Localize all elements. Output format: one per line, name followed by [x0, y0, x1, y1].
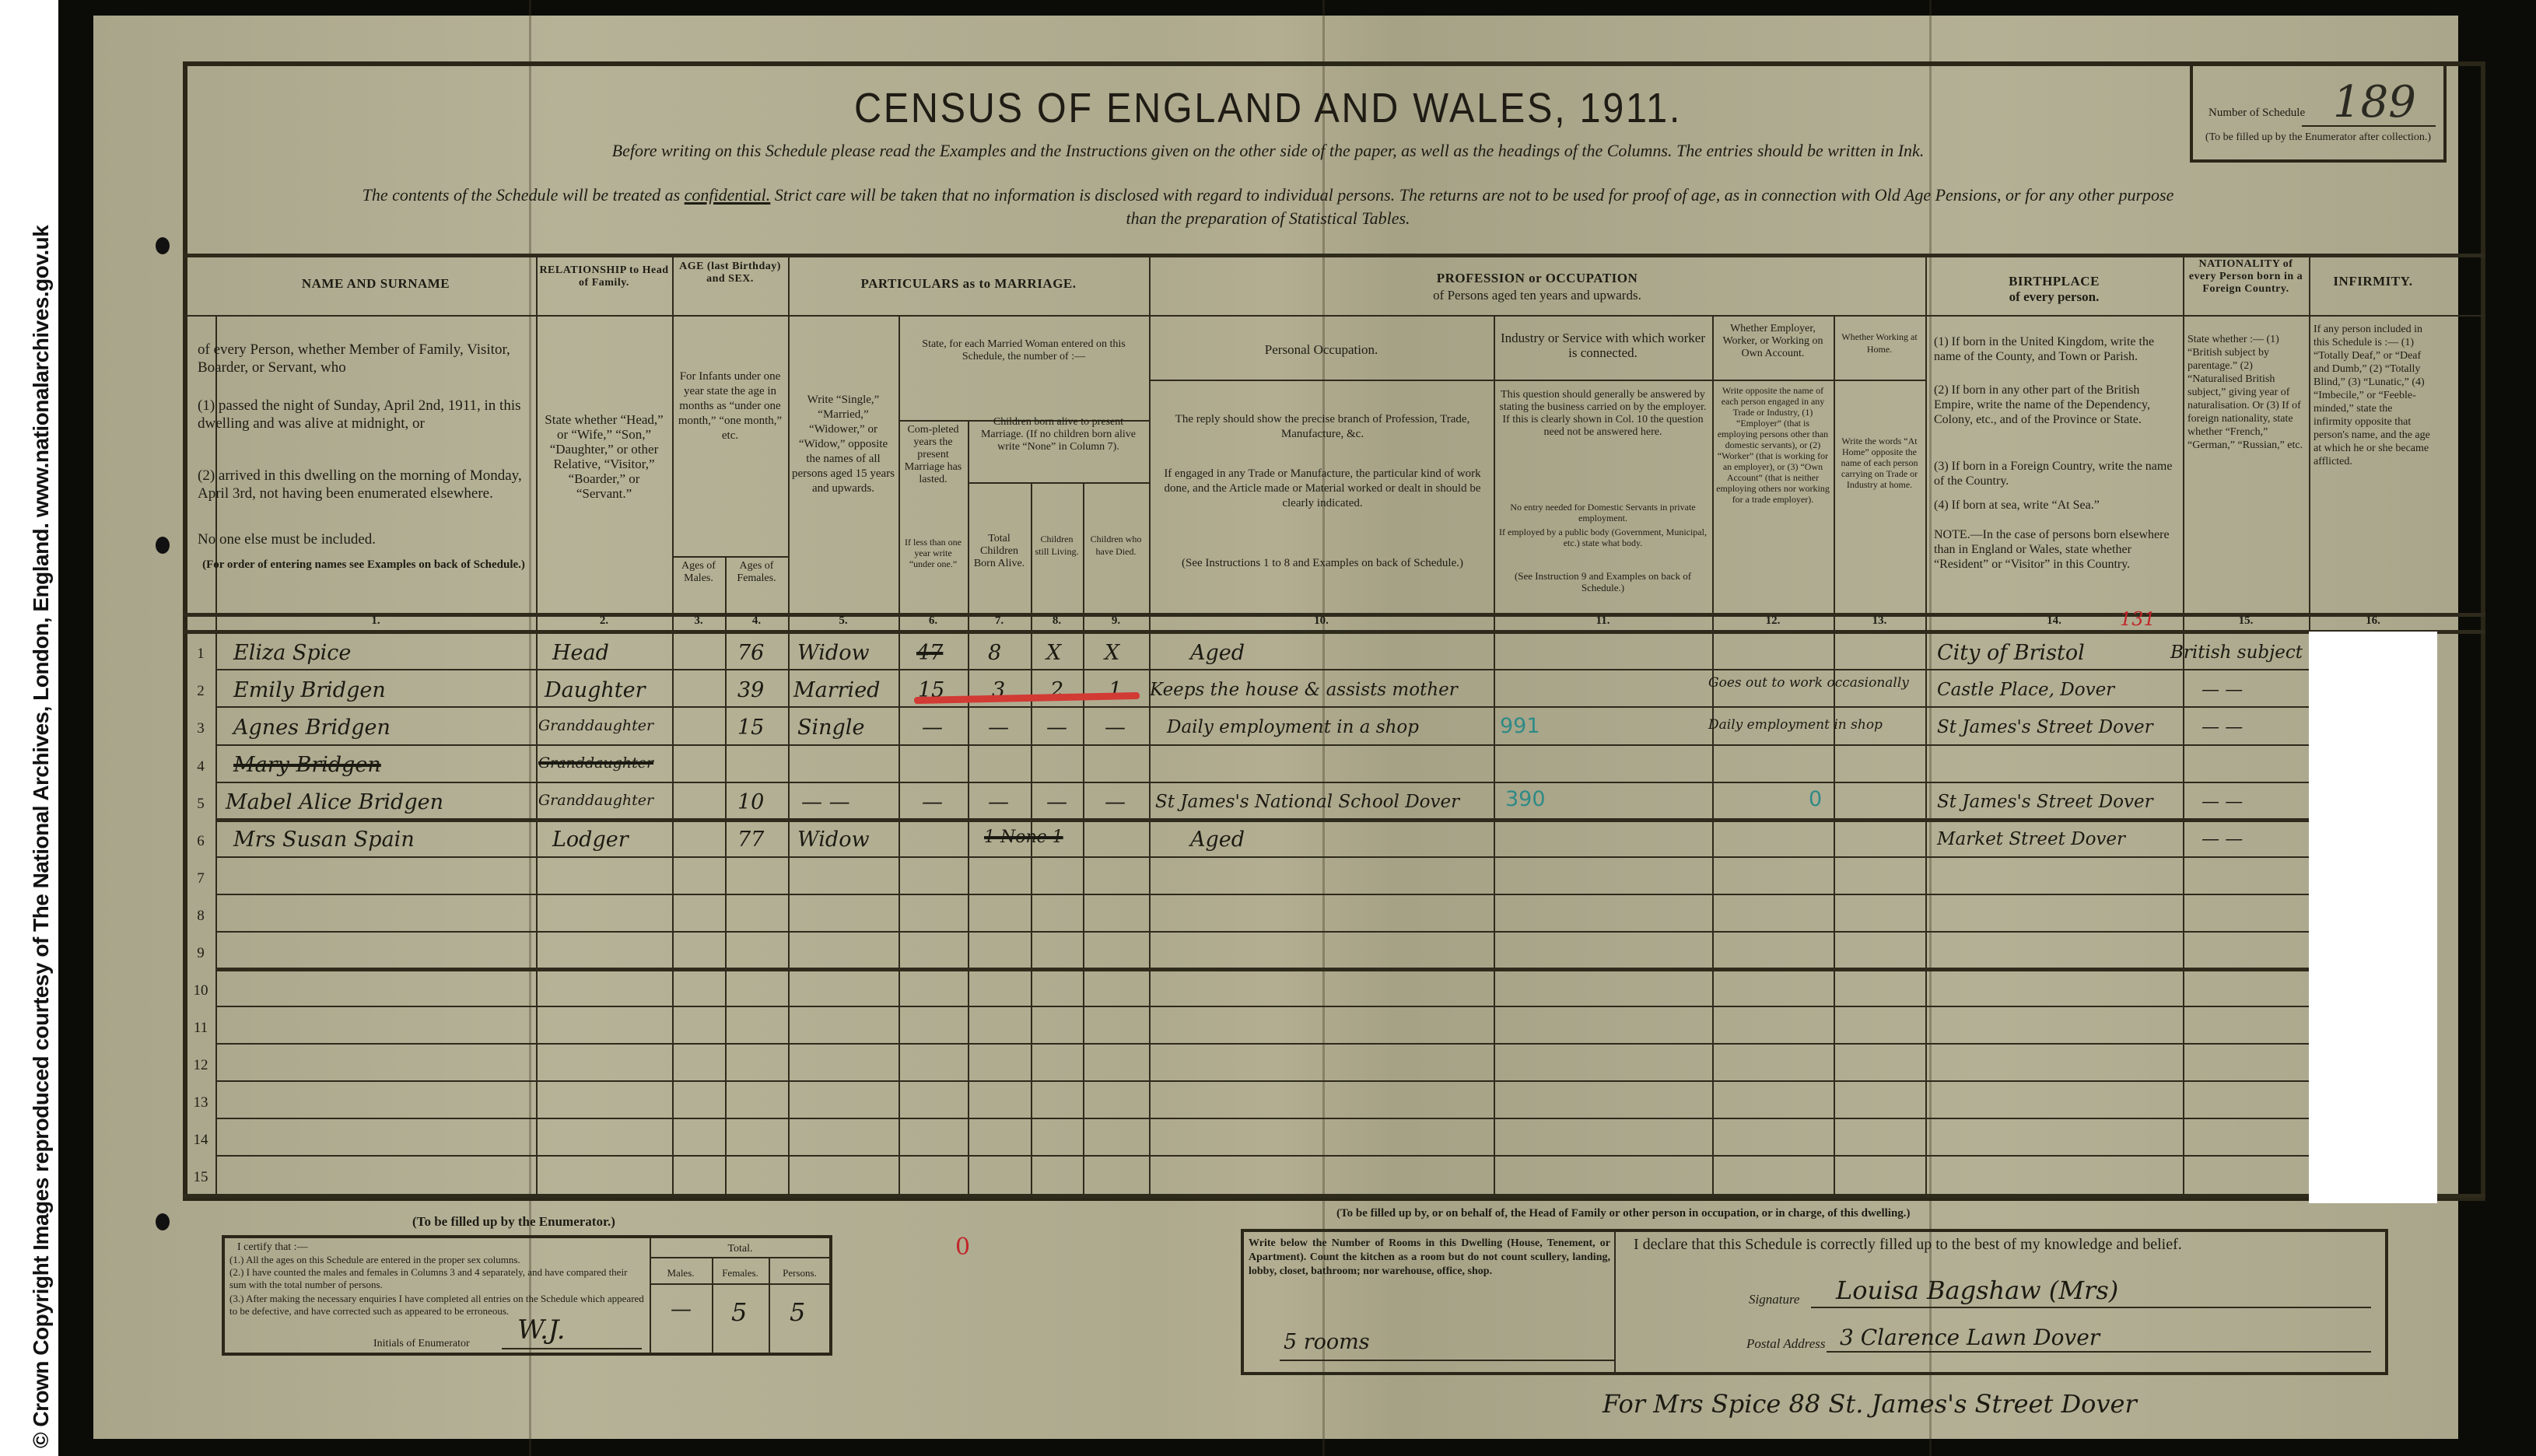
confidential-notice-line2: than the preparation of Statistical Tabl…	[0, 208, 2536, 229]
certify-3: (3.) After making the necessary enquirie…	[229, 1293, 646, 1318]
person-age-female: 76	[737, 641, 764, 665]
declaration-text: I declare that this Schedule is correctl…	[1634, 1237, 2182, 1253]
footer-note: For Mrs Spice 88 St. James's Street Dove…	[1603, 1389, 2137, 1419]
col-header-age: AGE (last Birthday) and SEX.	[672, 261, 788, 285]
person-marital: Widow	[797, 828, 870, 852]
row-number: 15	[187, 1169, 215, 1186]
col-number: 12.	[1712, 614, 1834, 632]
col-number: 5.	[788, 614, 898, 632]
punch-hole-icon	[156, 1213, 170, 1230]
marriage-years: —	[922, 716, 943, 740]
col-header-females: Ages of Females.	[725, 544, 788, 585]
schedule-number-note: (To be filled up by the Enumerator after…	[2201, 131, 2436, 144]
col-desc-nationality: State whether :— (1) “British subject by…	[2184, 333, 2307, 452]
industry-code: 991	[1500, 714, 1540, 738]
person-relationship: Lodger	[552, 828, 629, 852]
children-total: —	[988, 790, 1009, 814]
household-heading: (To be filled up by, or on behalf of, th…	[1336, 1206, 1911, 1222]
instruction-text: Before writing on this Schedule please r…	[0, 141, 2536, 161]
col-desc-personal-occupation: (See Instructions 1 to 8 and Examples on…	[1155, 556, 1490, 571]
row-number: 14	[187, 1132, 215, 1149]
row-number: 12	[187, 1057, 215, 1074]
col-desc-industry: (See Instruction 9 and Examples on back …	[1494, 570, 1712, 593]
row-number: 7	[187, 870, 215, 887]
punch-hole-icon	[156, 237, 170, 254]
person-employer-status: Daily employment in shop	[1708, 717, 1883, 733]
col-number: 11.	[1494, 614, 1712, 632]
col-desc-relationship: State whether “Head,” or “Wife,” “Son,” …	[536, 412, 672, 501]
col-header-birthplace: BIRTHPLACE	[1925, 274, 2183, 289]
row-number: 6	[187, 833, 215, 850]
schedule-number-box: Number of Schedule 189 (To be filled up …	[2190, 61, 2447, 163]
person-relationship: Granddaughter	[538, 717, 653, 734]
col-number: 2.	[536, 614, 672, 632]
col-desc-birthplace: (3) If born in a Foreign Country, write …	[1931, 459, 2180, 488]
children-living: X	[1046, 641, 1061, 665]
col-number: 15.	[2183, 614, 2309, 632]
schedule-number-value: 189	[2333, 77, 2416, 128]
row-number: 8	[187, 908, 215, 925]
col-desc-age: For Infants under one year state the age…	[672, 369, 788, 443]
person-name: Agnes Bridgen	[233, 716, 391, 740]
person-relationship-struck: Granddaughter	[538, 754, 653, 772]
copyright-text: © Crown Copyright Images reproduced cour…	[29, 226, 54, 1448]
col-header-home: Whether Working at Home.	[1834, 331, 1925, 355]
initials-label: Initials of Enumerator	[373, 1335, 470, 1352]
col-number: 16.	[2309, 614, 2437, 632]
red-annotation: 131	[2120, 608, 2156, 630]
col-header-nationality: NATIONALITY of every Person born in a Fo…	[2183, 258, 2309, 296]
col-subheader-occupation: of Persons aged ten years and upwards.	[1149, 288, 1925, 303]
males-total: —	[671, 1297, 692, 1321]
col-header-industry: Industry or Service with which worker is…	[1494, 331, 1712, 360]
col-desc-home: Write the words “At Home” opposite the n…	[1834, 436, 1925, 490]
col-desc-name: (1) passed the night of Sunday, April 2n…	[194, 397, 533, 432]
females-label: Females.	[712, 1265, 769, 1281]
person-occupation: Aged	[1190, 828, 1245, 852]
col-desc-birthplace: (4) If born at sea, write “At Sea.”	[1931, 498, 2180, 513]
employer-code: 0	[1809, 787, 1822, 811]
row-number: 2	[187, 683, 215, 700]
col-number: 6.	[898, 614, 968, 632]
col-desc-name: (2) arrived in this dwelling on the morn…	[194, 467, 533, 502]
col-desc-marital: Write “Single,” “Married,” “Widower,” or…	[788, 393, 898, 496]
row-number: 11	[187, 1020, 215, 1037]
person-relationship: Daughter	[545, 678, 646, 702]
col-header-occupation: PROFESSION or OCCUPATION	[1149, 271, 1925, 285]
person-nationality: — —	[2201, 792, 2243, 812]
row-number: 13	[187, 1094, 215, 1111]
children-died: —	[1105, 716, 1126, 740]
person-age-female: 10	[737, 790, 764, 814]
marriage-years: 47	[916, 641, 943, 665]
col-number: 13.	[1834, 614, 1925, 632]
signature-value: Louisa Bagshaw (Mrs)	[1836, 1276, 2118, 1305]
address-label: Postal Address	[1746, 1335, 1826, 1352]
row-number: 5	[187, 796, 215, 813]
col-subheader-birthplace: of every person.	[1925, 289, 2183, 304]
persons-label: Persons.	[769, 1265, 831, 1281]
person-name: Eliza Spice	[233, 641, 351, 665]
col-desc-personal-occupation: If engaged in any Trade or Manufacture, …	[1155, 467, 1490, 511]
col-desc-completed-years: If less than one year write “under one.”	[898, 537, 968, 569]
children-died: X	[1105, 641, 1119, 665]
row-number: 10	[187, 982, 215, 999]
col-header-males: Ages of Males.	[672, 544, 725, 585]
certify-2: (2.) I have counted the males and female…	[229, 1266, 646, 1291]
col-number: 9.	[1083, 614, 1149, 632]
person-name-struck: Mary Bridgen	[233, 753, 381, 777]
rooms-instruction: Write below the Number of Rooms in this …	[1249, 1237, 1610, 1279]
confidential-pre: The contents of the Schedule will be tre…	[363, 185, 685, 205]
children-living: —	[1046, 716, 1067, 740]
redacted-infirmity-column	[2309, 632, 2437, 1203]
person-nationality: — —	[2201, 717, 2243, 737]
address-value: 3 Clarence Lawn Dover	[1840, 1325, 2100, 1350]
confidential-word: confidential.	[685, 185, 771, 205]
col-desc-birthplace-note: NOTE.—In the case of persons born elsewh…	[1931, 527, 2180, 572]
col-desc-personal-occupation: The reply should show the precise branch…	[1155, 412, 1490, 442]
col-number: 10.	[1149, 614, 1494, 632]
person-marital: — —	[801, 790, 850, 814]
confidential-post: Strict care will be taken that no inform…	[770, 185, 2173, 205]
males-label: Males.	[650, 1265, 712, 1281]
marriage-years: —	[922, 790, 943, 814]
col-desc-employer: Write opposite the name of each person e…	[1712, 385, 1834, 505]
col-number: 4.	[725, 614, 788, 632]
col-header-children-living: Children still Living.	[1031, 533, 1083, 558]
initials-value: W.J.	[517, 1314, 566, 1346]
col-header-personal-occupation: Personal Occupation.	[1149, 342, 1494, 357]
person-employer-status: Goes out to work occasionally	[1708, 675, 1909, 691]
person-age-female: 39	[737, 678, 764, 702]
person-marital: Single	[797, 716, 864, 740]
confidential-notice: The contents of the Schedule will be tre…	[0, 185, 2536, 205]
col-header-employer: Whether Employer, Worker, or Working on …	[1712, 323, 1834, 360]
person-marital: Married	[793, 678, 880, 702]
row-number: 3	[187, 720, 215, 737]
col-desc-name: (For order of entering names see Example…	[194, 558, 533, 572]
col-header-infirmity: INFIRMITY.	[2309, 274, 2437, 289]
col-header-name: NAME AND SURNAME	[215, 276, 536, 291]
industry-code: 390	[1505, 787, 1546, 811]
signature-label: Signature	[1749, 1291, 1799, 1307]
children-total: 8	[988, 641, 1001, 665]
col-header-completed-years: Com-pleted years the present Marriage ha…	[898, 424, 968, 486]
person-name: Mrs Susan Spain	[233, 828, 415, 852]
col-desc-birthplace: (2) If born in any other part of the Bri…	[1931, 383, 2180, 427]
person-marital: Widow	[797, 641, 870, 665]
person-nationality: British subject	[2170, 642, 2303, 663]
person-relationship: Head	[552, 641, 609, 665]
person-age-female: 77	[737, 828, 764, 852]
person-occupation: Daily employment in a shop	[1167, 717, 1419, 737]
females-total: 5	[731, 1297, 747, 1327]
row-number: 4	[187, 758, 215, 775]
page-title: CENSUS OF ENGLAND AND WALES, 1911.	[127, 84, 2409, 132]
red-circle-mark: 0	[955, 1234, 970, 1261]
total-label: Total.	[650, 1241, 831, 1257]
rooms-value: 5 rooms	[1284, 1330, 1370, 1354]
children-died: —	[1105, 790, 1126, 814]
col-number: 3.	[672, 614, 725, 632]
schedule-number-label: Number of Schedule	[2208, 107, 2305, 120]
col-desc-infirmity: If any person included in this Schedule …	[2310, 323, 2435, 468]
enumerator-heading: (To be filled up by the Enumerator.)	[412, 1213, 615, 1230]
certify-1: (1.) All the ages on this Schedule are e…	[229, 1254, 646, 1266]
person-occupation: St James's National School Dover	[1155, 792, 1459, 812]
person-birthplace: City of Bristol	[1937, 641, 2085, 665]
punch-hole-icon	[156, 537, 170, 554]
persons-total: 5	[790, 1297, 805, 1327]
col-number: 7.	[968, 614, 1031, 632]
children-living: —	[1046, 790, 1067, 814]
col-header-relationship: RELATIONSHIP to Head of Family.	[536, 264, 672, 289]
col-desc-married-woman: State, for each Married Woman entered on…	[898, 338, 1149, 363]
person-occupation: Aged	[1190, 641, 1245, 665]
col-desc-industry: No entry needed for Domestic Servants in…	[1494, 502, 1712, 523]
col-header-total-children: Total Children Born Alive.	[968, 533, 1031, 570]
col-desc-industry: If employed by a public body (Government…	[1494, 527, 1712, 548]
children-total: —	[988, 716, 1009, 740]
person-name: Emily Bridgen	[233, 678, 386, 702]
person-name: Mabel Alice Bridgen	[226, 790, 443, 814]
person-nationality: — —	[2201, 680, 2243, 700]
col-desc-birthplace: (1) If born in the United Kingdom, write…	[1931, 334, 2180, 364]
person-relationship: Granddaughter	[538, 792, 653, 809]
children-struck: 1 None 1	[984, 828, 1063, 847]
col-desc-name: of every Person, whether Member of Famil…	[194, 341, 533, 376]
person-birthplace: Castle Place, Dover	[1937, 680, 2114, 700]
col-header-children-died: Children who have Died.	[1083, 533, 1149, 558]
col-header-marriage: PARTICULARS as to MARRIAGE.	[788, 276, 1149, 291]
row-number: 9	[187, 945, 215, 962]
col-desc-industry: This question should generally be answer…	[1494, 389, 1712, 439]
person-nationality: — —	[2201, 829, 2243, 849]
person-age-female: 15	[737, 716, 764, 740]
certify-label: I certify that :—	[237, 1241, 308, 1254]
col-desc-children: Children born alive to present Marriage.…	[968, 416, 1149, 453]
person-birthplace: St James's Street Dover	[1937, 792, 2153, 812]
col-number: 8.	[1031, 614, 1083, 632]
person-birthplace: St James's Street Dover	[1937, 717, 2153, 737]
person-occupation: Keeps the house & assists mother	[1150, 680, 1458, 700]
person-birthplace: Market Street Dover	[1937, 829, 2125, 849]
col-desc-name: No one else must be included.	[194, 530, 533, 548]
row-number: 1	[187, 646, 215, 663]
col-number: 1.	[215, 614, 536, 632]
